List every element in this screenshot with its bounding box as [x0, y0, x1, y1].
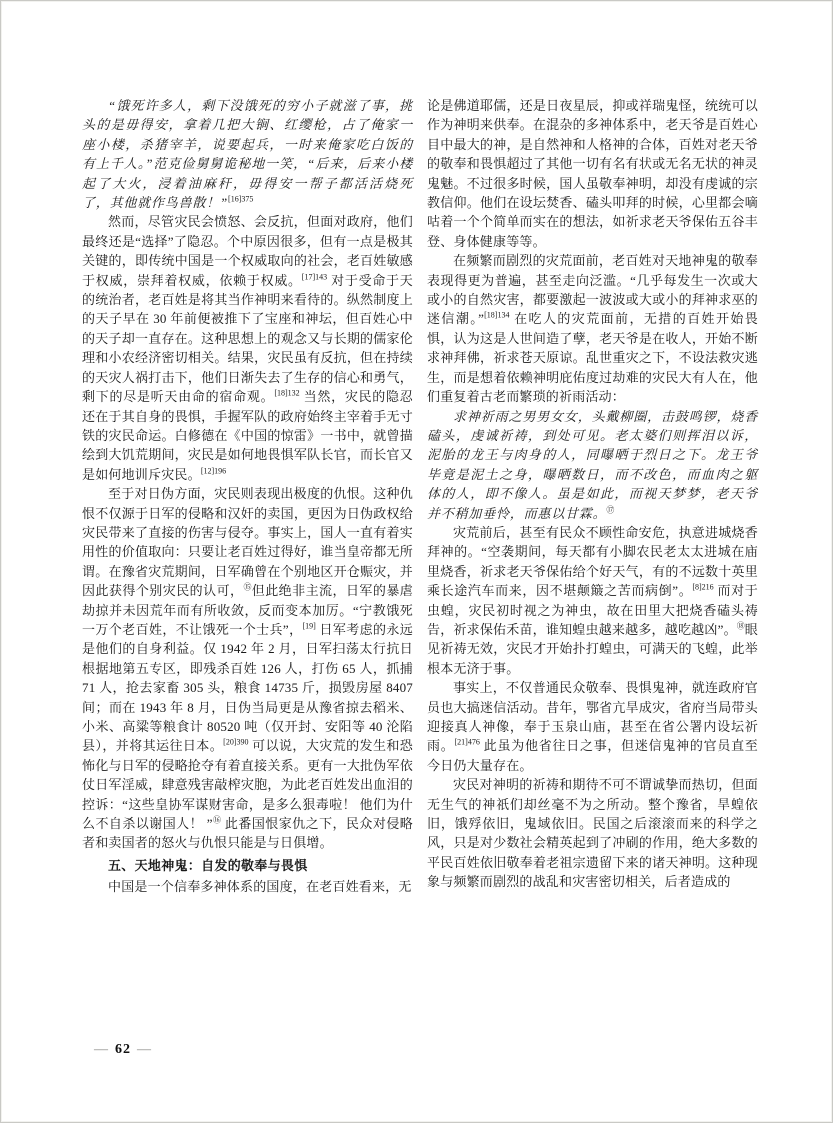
body-paragraph: 灾民对神明的祈祷和期待不可不谓诚挚而热切，但面无生气的神祇们却丝毫不为之所动。整… [427, 775, 758, 891]
text-content: “饿死许多人，剩下没饿死的穷小子就滋了事，挑头的是毋得安，拿着几把大锏、红缨枪，… [82, 96, 758, 897]
section-heading: 五、天地神鬼：自发的敬奉与畏惧 [82, 856, 413, 875]
block-quote-paragraph: 求神祈雨之男男女女，头戴柳圈，击鼓鸣锣，烧香磕头，虔诚祈祷，到处可见。老太婆们则… [427, 407, 758, 523]
footer-dash-left: — [94, 1042, 109, 1057]
citation-marker: [8]216 [692, 583, 713, 592]
body-paragraph: 论是佛道耶儒，还是日夜星辰，抑或祥瑞鬼怪，统统可以作为神明来供奉。在混杂的多神体… [427, 96, 758, 251]
citation-marker: [21]476 [454, 738, 479, 747]
citation-marker: ⑰ [606, 505, 614, 514]
citation-marker: [17]143 [302, 272, 327, 281]
citation-marker: [12]196 [201, 466, 226, 475]
body-paragraph: 灾荒前后，甚至有民众不顾性命安危，执意进城烧香拜神的。“空袭期间，每天都有小脚农… [427, 523, 758, 678]
block-quote-paragraph: “饿死许多人，剩下没饿死的穷小子就滋了事，挑头的是毋得安，拿着几把大锏、红缨枪，… [82, 96, 413, 212]
citation-marker: [16]375 [228, 195, 253, 204]
citation-marker: ⑱ [737, 622, 745, 631]
citation-marker: [18]134 [484, 311, 509, 320]
footer-dash-right: — [137, 1042, 152, 1057]
body-paragraph: 事实上，不仅普通民众敬奉、畏惧鬼神，就连政府官员也大搞迷信活动。昔年，鄂省亢旱成… [427, 678, 758, 775]
citation-marker: [20]390 [223, 738, 248, 747]
citation-marker: [18]132 [274, 389, 299, 398]
right-column: 论是佛道耶儒，还是日夜星辰，抑或祥瑞鬼怪，统统可以作为神明来供奉。在混杂的多神体… [427, 96, 758, 897]
footer-page-number: 62 [115, 1042, 131, 1057]
body-paragraph: 至于对日伪方面，灾民则表现出极度的仇恨。这种仇恨不仅源于日军的侵略和汉奸的卖国，… [82, 484, 413, 853]
citation-marker: ⑮ [244, 583, 252, 592]
body-paragraph: 中国是一个信奉多神体系的国度，在老百姓看来，无 [82, 877, 413, 896]
citation-marker: [19] [302, 622, 315, 631]
body-paragraph: 然而，尽管灾民会愤怒、会反抗，但面对政府，他们最终还是“选择”了隐忍。个中原因很… [82, 212, 413, 484]
left-column: “饿死许多人，剩下没饿死的穷小子就滋了事，挑头的是毋得安，拿着几把大锏、红缨枪，… [82, 96, 413, 897]
document-page: “饿死许多人，剩下没饿死的穷小子就滋了事，挑头的是毋得安，拿着几把大锏、红缨枪，… [0, 0, 833, 1123]
body-paragraph: 在频繁而剧烈的灾荒面前，老百姓对天地神鬼的敬奉表现得更为普遍，甚至走向泛滥。“几… [427, 251, 758, 406]
citation-marker: ⑯ [213, 816, 222, 825]
page-number: —62— [94, 1042, 152, 1058]
